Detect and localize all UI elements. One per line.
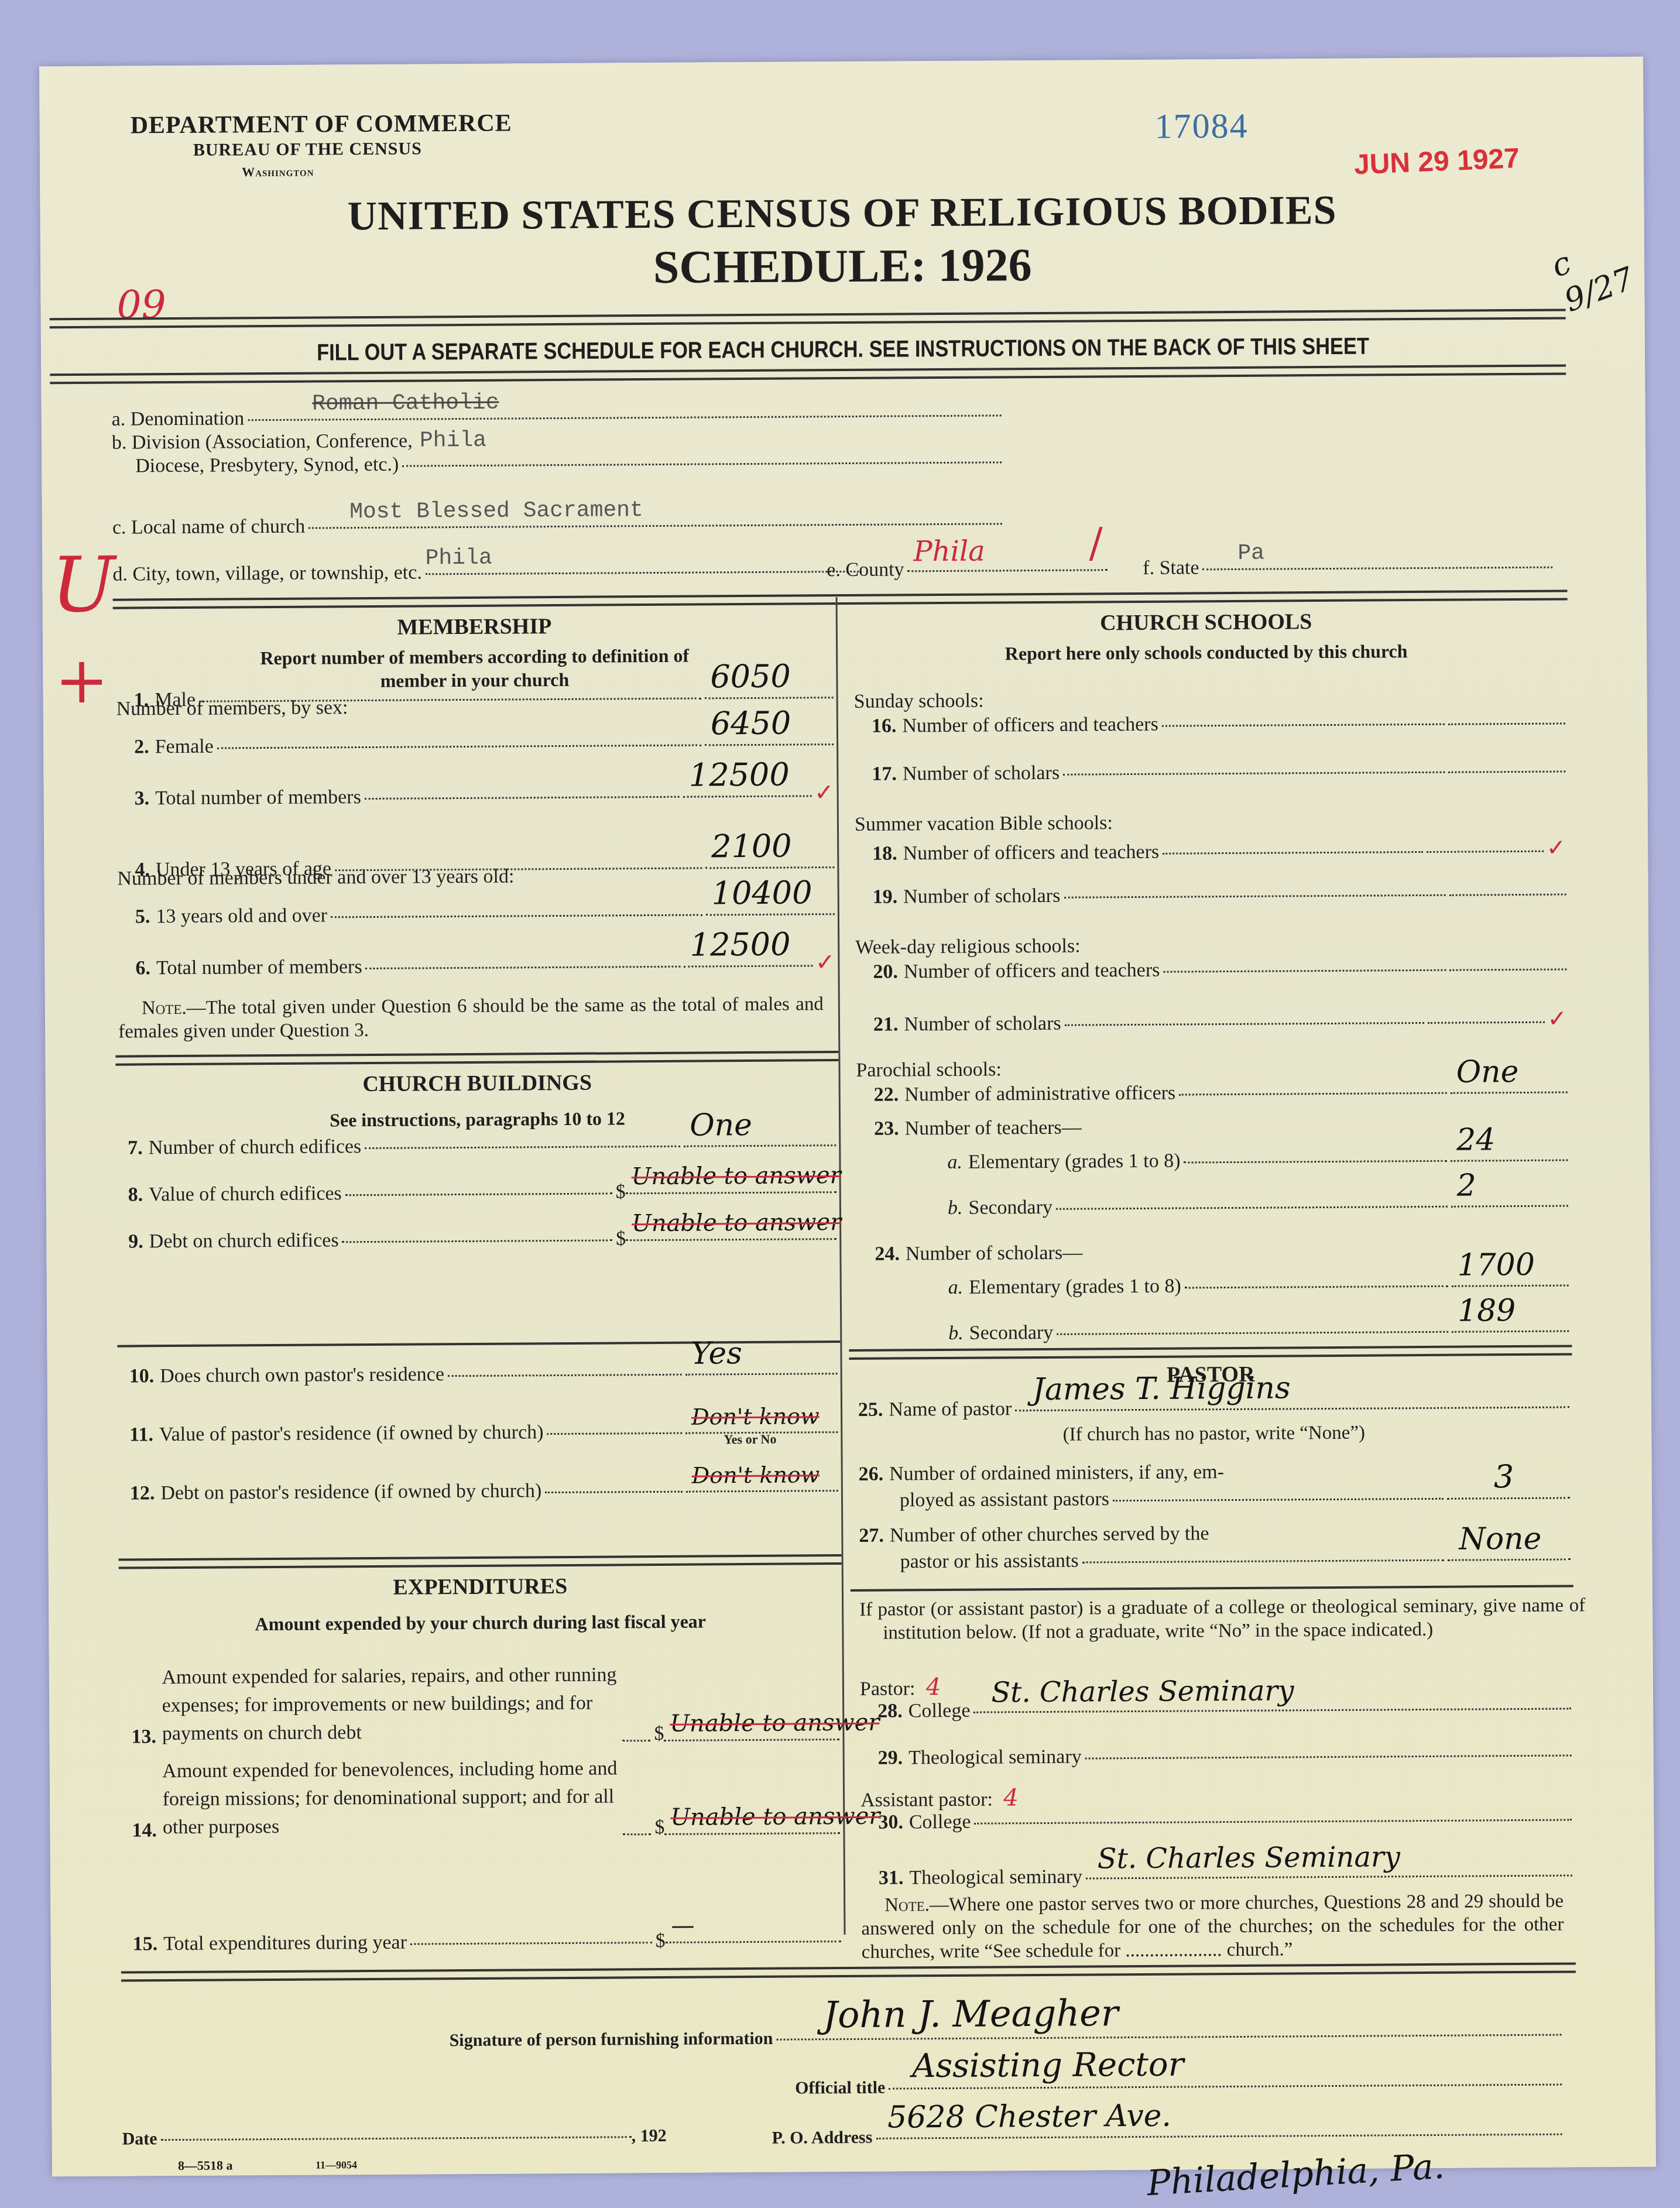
pastor-name-field[interactable]: 25. Name of pastor James T. Higgins	[858, 1394, 1569, 1421]
school-item-value: 2	[1457, 1168, 1476, 1203]
state-value: Pa	[1237, 541, 1264, 566]
department-heading: DEPARTMENT OF COMMERCE	[130, 109, 512, 139]
buildings-rule	[119, 1554, 842, 1569]
pastor-college-field[interactable]: 28. College St. Charles Seminary	[877, 1696, 1571, 1722]
church-name-field[interactable]: c. Local name of church Most Blessed Sac…	[112, 511, 1002, 539]
building-item-value: Unable to answer	[632, 1209, 841, 1237]
schools-rule	[849, 1345, 1572, 1360]
county-check-mark: /	[1089, 519, 1103, 567]
expenditure-item[interactable]: 14.Amount expended for benevolences, inc…	[132, 1753, 841, 1842]
city-field[interactable]: d. City, town, village, or township, etc…	[112, 559, 862, 586]
assistant-pastors-value: 3	[1494, 1458, 1514, 1495]
division-value: Phila	[420, 428, 486, 454]
school-item[interactable]: 19.Number of scholars	[873, 882, 1566, 908]
school-item[interactable]: b.Secondary2	[948, 1193, 1568, 1219]
official-title-value: Assisting Rector	[912, 2046, 1184, 2086]
building-item[interactable]: 12.Debt on pastor's residence (if owned …	[130, 1478, 838, 1504]
membership-item-value: 6050	[710, 658, 791, 695]
school-item[interactable]: 20.Number of officers and teachers	[873, 956, 1566, 983]
section-rule	[113, 589, 1568, 609]
assistant-pastors-field[interactable]: ployed as assistant pastors 3	[900, 1485, 1570, 1511]
building-item[interactable]: 8.Value of church edifices$Unable to ans…	[128, 1180, 836, 1206]
school-group-label: Week-day religious schools:	[855, 935, 1081, 959]
city-heading: Washington	[242, 164, 314, 180]
building-item-value: One	[690, 1108, 752, 1143]
census-schedule-sheet: DEPARTMENT OF COMMERCE BUREAU OF THE CEN…	[39, 57, 1656, 2177]
county-value: Phila	[913, 535, 985, 568]
address-value: 5628 Chester Ave.	[887, 2099, 1171, 2135]
banner-rule	[50, 364, 1566, 384]
school-item[interactable]: 21.Number of scholars✓	[873, 1004, 1567, 1036]
schools-title: CHURCH SCHOOLS	[845, 607, 1568, 637]
date-field[interactable]: Date , 192	[122, 2126, 667, 2149]
expenditures-title: EXPENDITURES	[119, 1572, 842, 1602]
division-label-line1: b. Division (Association, Conference,	[112, 430, 413, 454]
dollar-sign: $	[616, 1181, 626, 1203]
address-line2-value: Philadelphia, Pa.	[1146, 2146, 1445, 2204]
other-churches-field[interactable]: pastor or his assistants None	[900, 1547, 1571, 1573]
q26-label-line1: 26.Number of ordained ministers, if any,…	[859, 1461, 1225, 1486]
expenditures-list	[39, 57, 1643, 67]
school-item[interactable]: 22.Number of administrative officersOne	[874, 1079, 1568, 1106]
membership-list	[39, 57, 1643, 67]
expenditures-subtitle: Amount expended by your church during la…	[119, 1610, 842, 1636]
buildings-title: CHURCH BUILDINGS	[116, 1068, 839, 1099]
denomination-value: Roman Catholic	[312, 390, 499, 417]
school-item-value: One	[1456, 1054, 1518, 1090]
pastor-name-hint: (If church has no pastor, write “None”)	[858, 1421, 1569, 1446]
header-rule	[50, 308, 1566, 328]
expenditure-item-value: —	[671, 1912, 694, 1939]
dollar-sign: $	[616, 1228, 626, 1250]
pastor-red-mark: 4	[926, 1674, 941, 1700]
buildings-list	[39, 57, 1643, 67]
building-item-value: Unable to answer	[631, 1162, 841, 1190]
red-check-mark: ✓	[814, 779, 834, 806]
building-item[interactable]: 11.Value of pastor's residence (if owned…	[129, 1420, 838, 1446]
membership-item[interactable]: 3.Total number of members12500✓	[134, 779, 834, 810]
school-group-label: Summer vacation Bible schools:	[855, 812, 1113, 836]
membership-item-value: 12500	[689, 756, 790, 794]
school-group-label: Sunday schools:	[854, 690, 984, 713]
division-field[interactable]: Diocese, Presbytery, Synod, etc.) Phila	[135, 450, 1002, 477]
state-field[interactable]: f. State Pa	[1143, 555, 1552, 580]
file-number-stamp: 17084	[1154, 106, 1248, 147]
assistant-seminary-value: St. Charles Seminary	[1098, 1840, 1401, 1875]
membership-item-value: 10400	[711, 874, 812, 911]
denomination-field[interactable]: a. Denomination Roman Catholic	[112, 403, 1002, 430]
pastor-subheading: Pastor: 4	[860, 1674, 941, 1701]
instructions-banner: FILL OUT A SEPARATE SCHEDULE FOR EACH CH…	[153, 332, 1533, 367]
pastor-rule	[851, 1585, 1573, 1592]
school-item-value: 189	[1458, 1293, 1516, 1329]
red-check-mark: ✓	[1547, 1004, 1567, 1032]
membership-title: MEMBERSHIP	[113, 612, 836, 642]
building-item[interactable]: 9.Debt on church edifices$Unable to answ…	[128, 1226, 836, 1253]
schedule-year-title: SCHEDULE: 1926	[40, 235, 1645, 299]
expenditure-item-value: Unable to answer	[670, 1803, 880, 1831]
assistant-college-field[interactable]: 30. College	[878, 1807, 1572, 1833]
assistant-red-mark: 4	[1003, 1784, 1019, 1811]
school-item-value: 24	[1456, 1122, 1496, 1157]
school-item[interactable]: b.Secondary189	[948, 1318, 1569, 1344]
print-code: 11—9054	[316, 2159, 357, 2171]
city-value: Phila	[426, 546, 492, 571]
membership-note: Note.—The total given under Question 6 s…	[118, 992, 824, 1043]
address-field[interactable]: P. O. Address 5628 Chester Ave.	[772, 2124, 1562, 2148]
expenditure-item[interactable]: 13.Amount expended for salaries, repairs…	[131, 1660, 840, 1748]
pastor-seminary-field[interactable]: 29. Theological seminary	[878, 1743, 1572, 1769]
dollar-sign: $	[655, 1930, 665, 1952]
building-item-value: Yes	[691, 1336, 742, 1372]
bureau-heading: BUREAU OF THE CENSUS	[193, 139, 422, 160]
membership-item-value: 2100	[711, 828, 792, 865]
schools-list	[39, 57, 1643, 67]
church-name-value: Most Blessed Sacrament	[349, 498, 643, 524]
q27-label-line1: 27.Number of other churches served by th…	[859, 1523, 1209, 1547]
schools-subtitle: Report here only schools conducted by th…	[845, 639, 1568, 666]
official-title-field[interactable]: Official title Assisting Rector	[795, 2074, 1562, 2099]
red-check-mark: ✓	[1547, 834, 1566, 861]
margin-u-mark: U	[51, 540, 115, 630]
school-item[interactable]: 18.Number of officers and teachers✓	[872, 834, 1566, 865]
footer-rule	[121, 1962, 1576, 1981]
signature-value: John J. Meagher	[823, 1991, 1119, 2036]
membership-item[interactable]: 5.13 years old and over10400	[135, 901, 835, 928]
membership-item[interactable]: 6.Total number of members12500✓	[135, 948, 835, 980]
school-item-value: 1700	[1457, 1247, 1535, 1283]
pastor-name-value: James T. Higgins	[1033, 1370, 1291, 1407]
membership-rule	[115, 1051, 838, 1066]
margin-plus-mark: +	[54, 643, 109, 718]
page-title: UNITED STATES CENSUS OF RELIGIOUS BODIES	[40, 186, 1644, 242]
building-item[interactable]: 7.Number of church edificesOne	[128, 1133, 836, 1159]
school-group-label: Parochial schools:	[856, 1058, 1002, 1082]
school-item[interactable]: 17.Number of scholars	[872, 759, 1565, 785]
graduate-instructions: If pastor (or assistant pastor) is a gra…	[859, 1593, 1585, 1645]
form-code: 8—5518 a	[178, 2158, 233, 2173]
school-item[interactable]: 16.Number of officers and teachers	[872, 711, 1565, 737]
received-date-stamp: JUN 29 1927	[1353, 142, 1520, 181]
expenditure-item-value: Unable to answer	[670, 1709, 879, 1737]
membership-item-value: 6450	[711, 705, 791, 742]
dollar-sign: $	[654, 1723, 664, 1745]
assistant-pastor-subheading: Assistant pastor: 4	[860, 1784, 1019, 1812]
other-churches-value: None	[1459, 1521, 1541, 1557]
county-field[interactable]: e. County Phila /	[827, 557, 1108, 581]
building-item-value: Don't know	[691, 1403, 820, 1429]
assistant-seminary-field[interactable]: 31. Theological seminary St. Charles Sem…	[879, 1863, 1572, 1889]
pastor-note: Note.—Where one pastor serves two or mor…	[861, 1890, 1564, 1964]
pastor-college-value: St. Charles Seminary	[991, 1674, 1294, 1709]
dollar-sign: $	[654, 1816, 664, 1839]
membership-item-value: 12500	[690, 926, 790, 964]
red-check-mark: ✓	[815, 948, 835, 976]
membership-item[interactable]: 2.Female6450	[134, 732, 834, 758]
expenditure-item[interactable]: 15.Total expenditures during year$—	[132, 1929, 841, 1955]
building-item-value: Don't know	[692, 1462, 820, 1488]
building-item[interactable]: 10.Does church own pastor's residenceYes	[129, 1361, 838, 1387]
